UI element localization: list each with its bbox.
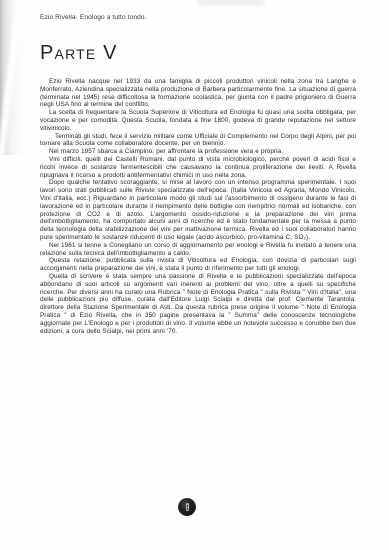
scan-edge-shadow	[0, 0, 28, 155]
page-content: Ezio Rivella· Enologo a tutto tondo. Par…	[40, 14, 356, 335]
paragraph: Ezio Rivella nacque nel 1933 da una fami…	[40, 78, 356, 109]
stamp-center-mark	[186, 503, 189, 511]
paragraph: Terminati gli studi, fece il servizio mi…	[40, 133, 356, 149]
scan-corner-streak	[0, 0, 25, 163]
paragraph: Quella di scrivere è stata sempre una pa…	[40, 273, 356, 335]
scan-smudge	[198, 0, 264, 5]
paragraph: La scelta di frequentare la Scuola Super…	[40, 109, 356, 132]
paragraph: Dopo qualche tentativo scoraggiante, si …	[40, 179, 356, 241]
page-title: Parte V	[40, 42, 356, 65]
paragraph: Nel 1961 si tenne a Conegliano un corso …	[40, 242, 356, 258]
scanned-book-page: Ezio Rivella· Enologo a tutto tondo. Par…	[0, 0, 389, 550]
paragraph: Nel marzo 1957 sbarca a Ciampino, per af…	[40, 148, 356, 156]
circular-stamp-icon	[178, 498, 196, 516]
paragraph: Questa relazione, pubblicata sulla rivis…	[40, 257, 356, 273]
running-header: Ezio Rivella· Enologo a tutto tondo.	[40, 14, 356, 21]
paragraph: Vini difficili, quelli dei Castelli Roma…	[40, 156, 356, 179]
body-text: Ezio Rivella nacque nel 1933 da una fami…	[40, 78, 356, 335]
